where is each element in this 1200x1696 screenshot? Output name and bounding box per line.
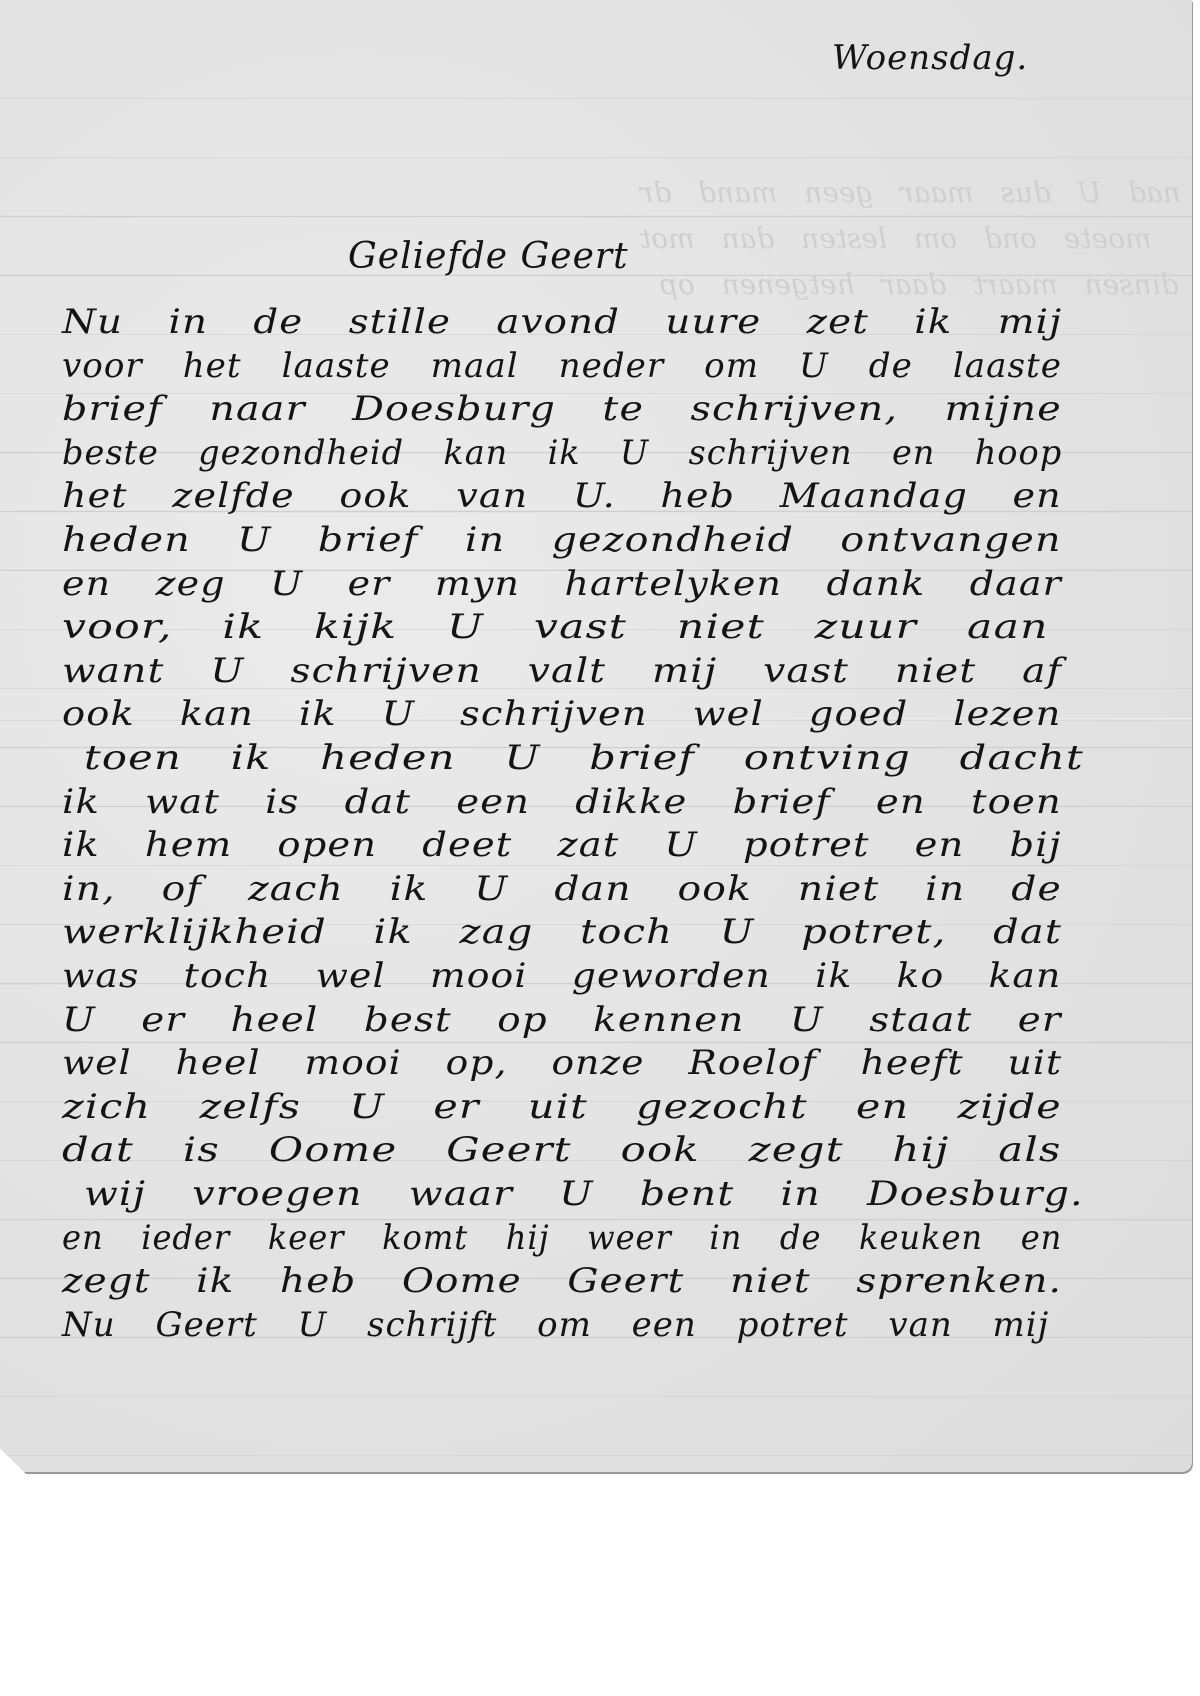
letter-line: toen ik heden U brief ontving dacht bbox=[84, 738, 1084, 778]
letter-paper: ik nad U dus maar geen mand dr moete ond… bbox=[0, 0, 1192, 1472]
bleed-through-text: ik nad U dus maar geen mand dr bbox=[640, 176, 1200, 209]
letter-line: werklijkheid ik zag toch U potret, dat bbox=[62, 912, 1062, 952]
letter-line: wij vroegen waar U bent in Doesburg. bbox=[84, 1174, 1084, 1214]
bleed-through-text: dinsen maart daar hetgenen op bbox=[660, 268, 1179, 301]
letter-line: ik wat is dat een dikke brief en toen bbox=[62, 782, 1062, 822]
torn-corner bbox=[0, 1440, 26, 1474]
letter-line: Nu in de stille avond uure zet ik mij bbox=[62, 302, 1062, 342]
letter-line: brief naar Doesburg te schrijven, mijne bbox=[62, 389, 1062, 429]
letter-line: Nu Geert U schrijft om een potret van mi… bbox=[62, 1305, 1049, 1345]
letter-line: U er heel best op kennen U staat er bbox=[62, 1000, 1062, 1040]
letter-line: zegt ik heb Oome Geert niet sprenken. bbox=[62, 1261, 1062, 1301]
letter-line: het zelfde ook van U. heb Maandag en bbox=[62, 476, 1062, 516]
letter-line: was toch wel mooi geworden ik ko kan bbox=[62, 956, 1061, 996]
letter-line: wel heel mooi op, onze Roelof heeft uit bbox=[62, 1043, 1062, 1083]
letter-line: in, of zach ik U dan ook niet in de bbox=[62, 869, 1062, 909]
letter-line: ook kan ik U schrijven wel goed lezen bbox=[62, 694, 1061, 734]
letter-line: voor het laaste maal neder om U de laast… bbox=[62, 346, 1062, 386]
letter-line: ik hem open deet zat U potret en bij bbox=[62, 825, 1062, 865]
letter-line: en ieder keer komt hij weer in de keuken… bbox=[62, 1218, 1062, 1258]
date-line: Woensdag. bbox=[832, 38, 1028, 78]
letter-line: want U schrijven valt mij vast niet af bbox=[62, 651, 1062, 691]
letter-line: zich zelfs U er uit gezocht en zijde bbox=[62, 1087, 1062, 1127]
bleed-through-text: moete ond om lesten dan mot bbox=[640, 222, 1152, 255]
salutation: Geliefde Geert bbox=[348, 236, 629, 277]
letter-line: dat is Oome Geert ook zegt hij als bbox=[62, 1130, 1062, 1170]
letter-line: heden U brief in gezondheid ontvangen bbox=[62, 520, 1062, 560]
letter-line: voor, ik kijk U vast niet zuur aan bbox=[62, 607, 1049, 647]
letter-line: en zeg U er myn hartelyken dank daar bbox=[62, 564, 1062, 604]
letter-line: beste gezondheid kan ik U schrijven en h… bbox=[62, 433, 1062, 473]
